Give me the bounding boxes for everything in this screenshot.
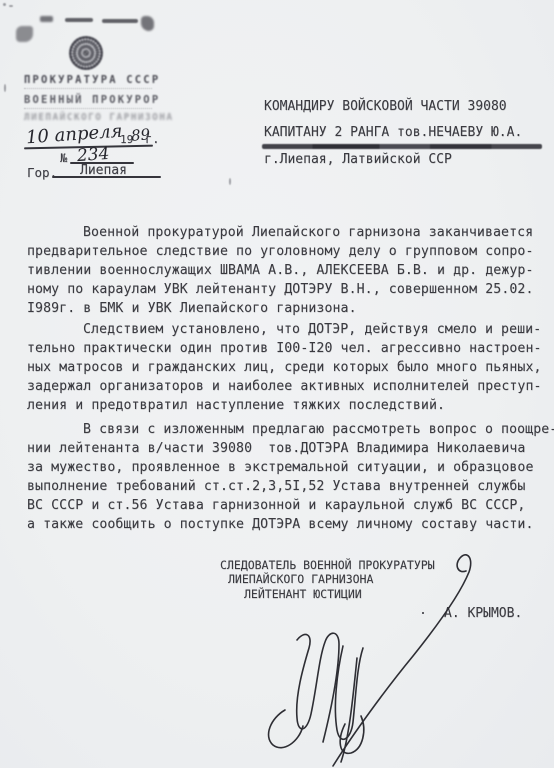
body-line: I989г. в БМК и УВК Лиепайского гарнизона…: [27, 299, 547, 318]
addressee-line-2: КАПИТАНУ 2 РАНГА тов.НЕЧАЕВУ Ю.А.: [264, 125, 522, 140]
body-line: Военной прокуратурой Лиепайского гарнизо…: [27, 223, 547, 242]
signature-autograph: [245, 538, 495, 768]
body-line: ВС СССР и ст.56 Устава гарнизонной и кар…: [27, 496, 547, 515]
addressee-line-1: КОМАНДИРУ ВОЙСКОВОЙ ЧАСТИ 39080: [264, 99, 507, 114]
addressee-line-3: г.Лиепая, Латвийской ССР: [264, 152, 452, 167]
body-line: ных матросов и гражданских лиц, среди ко…: [27, 358, 547, 377]
ink-smudge: [3, 3, 6, 6]
body-paragraph: В связи с изложенным предлагаю рассмотре…: [27, 420, 547, 534]
ink-smudge: [229, 178, 231, 185]
ink-smudge: [65, 18, 93, 22]
ink-smudge: [141, 16, 154, 31]
stamp-org-line-1: ПРОКУРАТУРА СССР: [24, 74, 160, 86]
body-line: В связи с изложенным предлагаю рассмотре…: [27, 420, 547, 439]
body-line: предварительное следствие по уголовному …: [27, 242, 547, 261]
ink-smudge: [16, 26, 33, 42]
body-line: ному по караулам УВК лейтенанту ДОТЭРУ В…: [27, 280, 547, 299]
document-page: ПРОКУРАТУРА СССР ВОЕННЫЙ ПРОКУРОР ЛИЕПАЙ…: [0, 0, 554, 768]
body-line: тивлении военнослужащих ШВАМА А.В., АЛЕК…: [27, 261, 547, 280]
ink-smudge: [102, 19, 138, 23]
soviet-emblem-stamp: [69, 36, 103, 70]
body-line: Следствием установлено, что ДОТЭР, дейст…: [27, 320, 547, 339]
body-paragraph: Следствием установлено, что ДОТЭР, дейст…: [27, 320, 547, 415]
body-line: а также сообщить о поступке ДОТЭРА всему…: [27, 515, 547, 534]
body-paragraph: Военной прокуратурой Лиепайского гарнизо…: [27, 223, 547, 318]
body-line: ления и предотвратил наступление тяжких …: [27, 396, 547, 415]
ink-smudge: [40, 16, 53, 22]
ink-smudge: [4, 84, 6, 92]
body-line: выполнение требований ст.ст.2,3,5I,52 Ус…: [27, 477, 547, 496]
letter-body: Военной прокуратурой Лиепайского гарнизо…: [27, 223, 547, 534]
body-line: тельно практически один против I00-I20 ч…: [27, 339, 547, 358]
ink-smudge: [9, 5, 13, 7]
stamp-dotted-rule: [24, 108, 152, 109]
letterhead-stamp: ПРОКУРАТУРА СССР ВОЕННЫЙ ПРОКУРОР ЛИЕПАЙ…: [0, 0, 240, 200]
stamp-org-line-2: ВОЕННЫЙ ПРОКУРОР: [24, 94, 160, 106]
stamp-dotted-rule: [24, 88, 152, 89]
body-line: нии лейтенанта в/части 39080 тов.ДОТЭРА …: [27, 439, 547, 458]
addressee-underline: [262, 144, 542, 149]
stamp-city-label: Гор.: [27, 165, 57, 180]
stamp-city-underline: [52, 176, 161, 178]
body-line: задержал организаторов и наиболее активн…: [27, 377, 547, 396]
body-line: за мужество, проявленное в экстремальной…: [27, 458, 547, 477]
stamp-number-sign: №: [60, 151, 67, 165]
